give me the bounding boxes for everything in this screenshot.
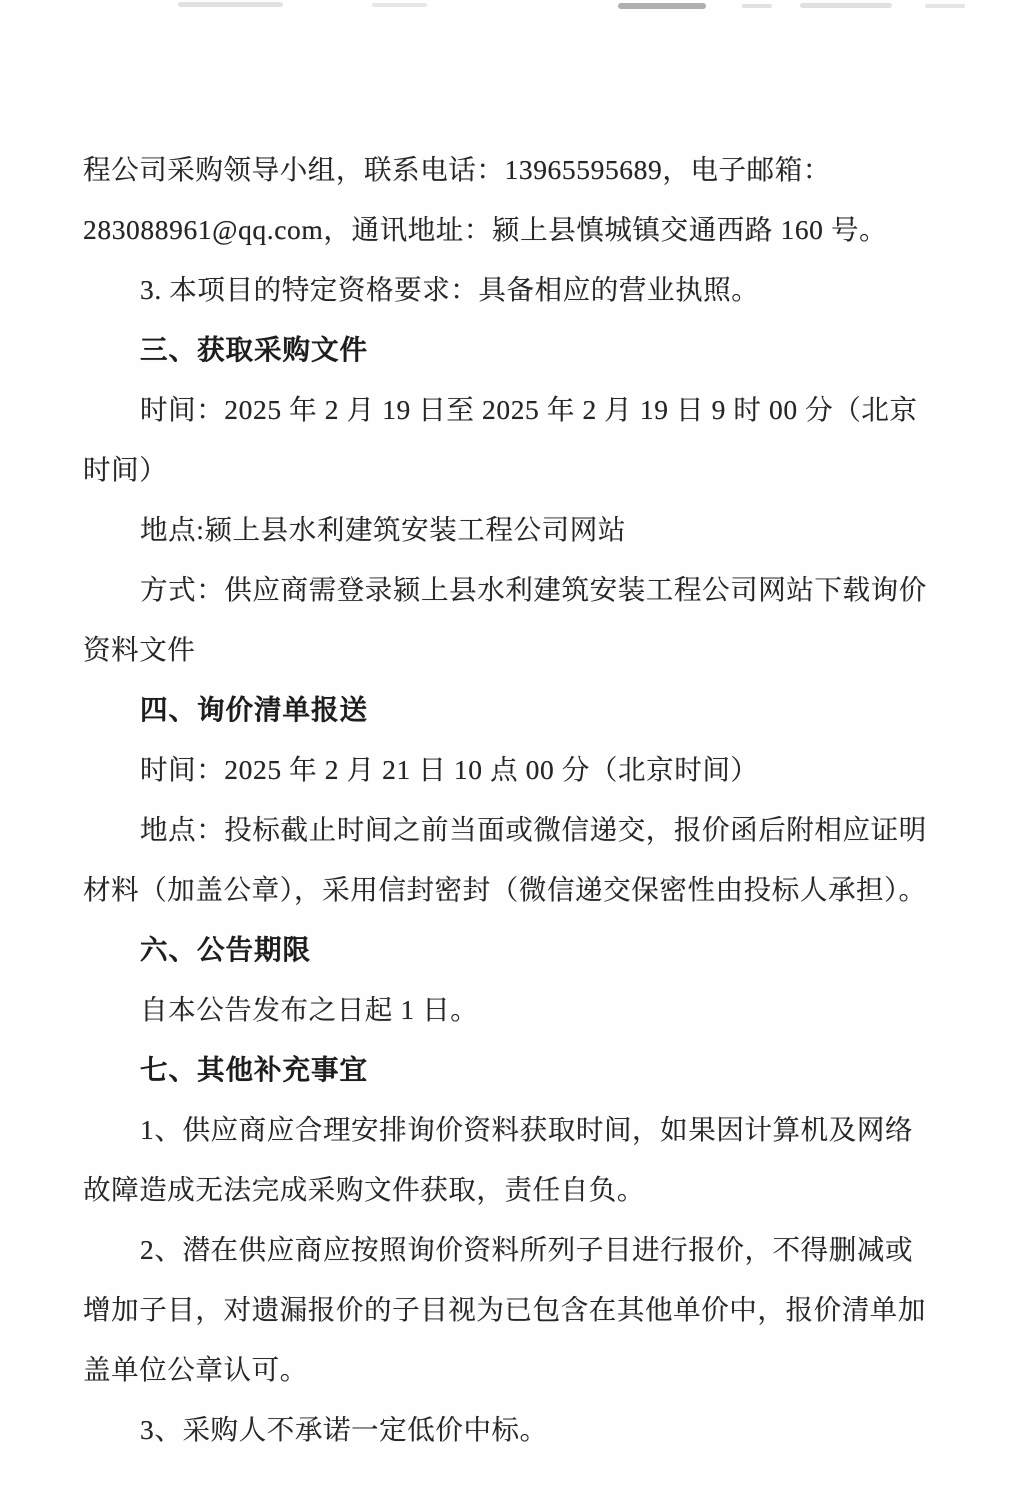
text-line: 方式：供应商需登录颍上县水利建筑安装工程公司网站下载询价	[83, 560, 895, 620]
scan-artifact	[618, 3, 706, 9]
scan-artifact	[800, 3, 892, 8]
text-line: 地点:颍上县水利建筑安装工程公司网站	[83, 500, 895, 560]
text-line: 自本公告发布之日起 1 日。	[83, 980, 895, 1040]
text-line: 3. 本项目的特定资格要求：具备相应的营业执照。	[83, 260, 895, 320]
section-heading: 七、其他补充事宜	[83, 1040, 895, 1100]
document-body: 程公司采购领导小组，联系电话：13965595689，电子邮箱：28308896…	[83, 140, 895, 1460]
text-line: 2、潜在供应商应按照询价资料所列子目进行报价，不得删减或	[83, 1220, 895, 1280]
text-line: 1、供应商应合理安排询价资料获取时间，如果因计算机及网络	[83, 1100, 895, 1160]
text-line: 材料（加盖公章），采用信封密封（微信递交保密性由投标人承担）。	[83, 860, 895, 920]
scan-artifact	[742, 4, 772, 8]
text-line: 时间：2025 年 2 月 21 日 10 点 00 分（北京时间）	[83, 740, 895, 800]
scanned-document-page: 程公司采购领导小组，联系电话：13965595689，电子邮箱：28308896…	[0, 0, 1016, 1498]
section-heading: 六、公告期限	[83, 920, 895, 980]
text-line: 程公司采购领导小组，联系电话：13965595689，电子邮箱：	[83, 140, 895, 200]
scan-artifact	[372, 3, 427, 7]
text-line: 故障造成无法完成采购文件获取，责任自负。	[83, 1160, 895, 1220]
scan-artifact	[925, 4, 965, 8]
scan-artifact	[178, 2, 283, 7]
text-line: 盖单位公章认可。	[83, 1340, 895, 1400]
text-line: 3、采购人不承诺一定低价中标。	[83, 1400, 895, 1460]
text-line: 地点：投标截止时间之前当面或微信递交，报价函后附相应证明	[83, 800, 895, 860]
text-line: 资料文件	[83, 620, 895, 680]
text-line: 时间：2025 年 2 月 19 日至 2025 年 2 月 19 日 9 时 …	[83, 380, 895, 440]
section-heading: 四、询价清单报送	[83, 680, 895, 740]
section-heading: 三、获取采购文件	[83, 320, 895, 380]
text-line: 283088961@qq.com，通讯地址：颍上县慎城镇交通西路 160 号。	[83, 200, 895, 260]
text-line: 时间）	[83, 440, 895, 500]
text-line: 增加子目，对遗漏报价的子目视为已包含在其他单价中，报价清单加	[83, 1280, 895, 1340]
